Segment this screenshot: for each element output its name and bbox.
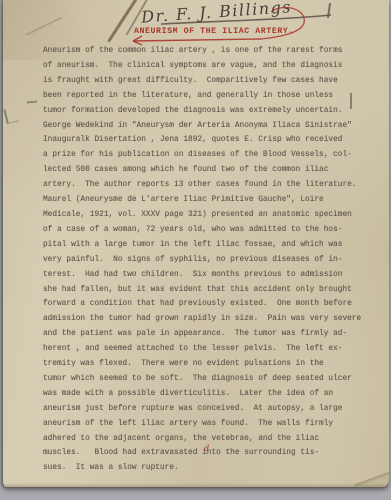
- typewritten-body-text: Aneurism of the common iliac artery , is…: [43, 44, 383, 476]
- fold-crease-line: [25, 17, 62, 36]
- paper-bottom-edge-shadow: [3, 483, 389, 488]
- document-title: ANEURISM OF THE ILIAC ARTERY.: [134, 27, 294, 36]
- left-edge-crease-mark: [3, 107, 18, 124]
- pencil-bracket-mark: [350, 93, 352, 109]
- pencil-margin-dash: [27, 101, 37, 103]
- handwritten-name-annotation: Dr. F. J. Billings: [141, 0, 332, 27]
- document-page: Dr. F. J. Billings ANEURISM OF THE ILIAC…: [3, 0, 389, 487]
- red-annotation-d: d: [204, 444, 209, 453]
